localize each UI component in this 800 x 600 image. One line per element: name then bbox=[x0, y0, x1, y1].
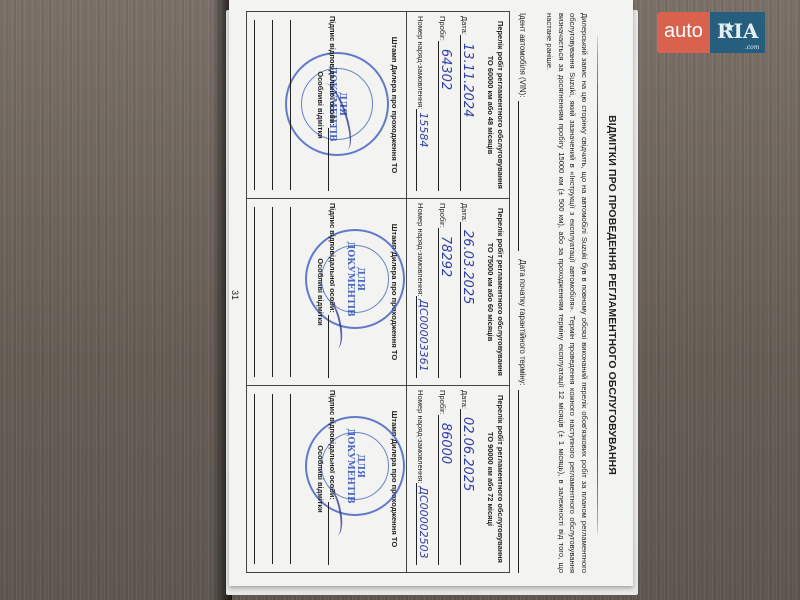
service-record-details: Перелік робіт регламентного обслуговуван… bbox=[406, 199, 509, 385]
service-record: Перелік робіт регламентного обслуговуван… bbox=[247, 12, 509, 199]
star-icon: ★ bbox=[724, 8, 735, 46]
service-mileage: 86000 bbox=[438, 423, 453, 464]
vin-label: Ідент автомобіля (VIN): bbox=[518, 13, 527, 97]
service-interval: ТО 60000 км або 48 місяців bbox=[485, 12, 495, 198]
notes-line bbox=[290, 20, 291, 190]
order-label: Номер наряд-замовлення: bbox=[416, 16, 425, 109]
signature-field: Підпис відповідальної особи: bbox=[328, 16, 337, 191]
stamp-text: ДЛЯ ДОКУМЕНТІВ bbox=[345, 418, 365, 514]
service-interval: ТО 75000 км або 60 місяців bbox=[485, 199, 495, 385]
mileage-label: Пробіг: bbox=[438, 203, 447, 228]
notes-label: Особливі відмітки bbox=[316, 199, 325, 385]
notes-line bbox=[254, 20, 255, 190]
service-record: Перелік робіт регламентного обслуговуван… bbox=[247, 199, 509, 386]
date-label: Дата: bbox=[460, 390, 469, 409]
order-field: Номер наряд-замовлення:ДС00003361 bbox=[416, 203, 429, 378]
service-record-details: Перелік робіт регламентного обслуговуван… bbox=[406, 12, 509, 198]
order-number: ДС00003361 bbox=[417, 299, 430, 371]
autoria-watermark-logo: auto ★RIA.com bbox=[657, 12, 765, 53]
service-mileage: 64302 bbox=[438, 49, 453, 90]
stamp-text: ДЛЯ ДОКУМЕНТІВ bbox=[345, 231, 365, 327]
signature-label: Підпис відповідальної особи: bbox=[328, 16, 337, 126]
title-underline bbox=[597, 35, 598, 535]
order-field: Номер наряд-замовлення:ДС00002503 bbox=[416, 390, 429, 565]
service-heading: Перелік робіт регламентного обслуговуван… bbox=[485, 12, 505, 198]
date-field: Дата:02.06.2025 bbox=[460, 390, 473, 565]
service-heading-line1: Перелік робіт регламентного обслуговуван… bbox=[495, 386, 505, 572]
notes-line bbox=[272, 394, 273, 564]
order-label: Номер наряд-замовлення: bbox=[416, 390, 425, 483]
service-date: 13.11.2024 bbox=[460, 43, 475, 117]
service-heading-line1: Перелік робіт регламентного обслуговуван… bbox=[495, 12, 505, 198]
notes-line bbox=[290, 394, 291, 564]
intro-paragraph: Дилерський запис на цю сторінку свідчить… bbox=[544, 13, 590, 573]
order-label: Номер наряд-замовлення: bbox=[416, 203, 425, 296]
notes-line bbox=[272, 20, 273, 190]
signature-field: Підпис відповідальної особи: bbox=[328, 390, 337, 565]
logo-suffix: .com bbox=[745, 44, 760, 52]
notes-line bbox=[254, 207, 255, 377]
notes-label: Особливі відмітки bbox=[316, 386, 325, 572]
vin-warranty-row: Ідент автомобіля (VIN): Дата початку гар… bbox=[518, 13, 528, 573]
service-records-table: Перелік робіт регламентного обслуговуван… bbox=[246, 11, 510, 573]
date-label: Дата: bbox=[460, 16, 469, 35]
rotated-page-content: ВІДМІТКИ ПРО ПРОВЕДЕННЯ РЕГЛАМЕНТНОГО ОБ… bbox=[228, 5, 632, 585]
notes-line bbox=[254, 394, 255, 564]
mileage-field: Пробіг:78292 bbox=[438, 203, 451, 378]
logo-ria-text: ★RIA.com bbox=[710, 12, 766, 53]
order-number: ДС00002503 bbox=[417, 486, 430, 558]
service-record-details: Перелік робіт регламентного обслуговуван… bbox=[406, 386, 509, 572]
service-date: 26.03.2025 bbox=[460, 230, 475, 304]
order-field: Номер наряд-замовлення:15584 bbox=[416, 16, 429, 191]
date-label: Дата: bbox=[460, 203, 469, 222]
mileage-label: Пробіг: bbox=[438, 16, 447, 41]
signature-label: Підпис відповідальної особи: bbox=[328, 203, 337, 313]
service-date: 02.06.2025 bbox=[460, 417, 475, 491]
service-interval: ТО 90000 км або 72 місяці bbox=[485, 386, 495, 572]
signature-field: Підпис відповідальної особи: bbox=[328, 203, 337, 378]
signature-label: Підпис відповідальної особи: bbox=[328, 390, 337, 500]
vin-field[interactable] bbox=[518, 101, 528, 251]
notes-line bbox=[272, 207, 273, 377]
page-number: 31 bbox=[230, 5, 240, 585]
mileage-field: Пробіг:64302 bbox=[438, 16, 451, 191]
service-heading: Перелік робіт регламентного обслуговуван… bbox=[485, 386, 505, 572]
page-title: ВІДМІТКИ ПРО ПРОВЕДЕННЯ РЕГЛАМЕНТНОГО ОБ… bbox=[606, 5, 618, 585]
service-record: Перелік робіт регламентного обслуговуван… bbox=[247, 386, 509, 572]
notes-line bbox=[290, 207, 291, 377]
mileage-field: Пробіг:86000 bbox=[438, 390, 451, 565]
warranty-label: Дата початку гарантійного терміну: bbox=[518, 259, 527, 385]
service-heading: Перелік робіт регламентного обслуговуван… bbox=[485, 199, 505, 385]
date-field: Дата:13.11.2024 bbox=[460, 16, 473, 191]
service-heading-line1: Перелік робіт регламентного обслуговуван… bbox=[495, 199, 505, 385]
order-number: 15584 bbox=[417, 112, 430, 147]
notes-label: Особливі відмітки bbox=[316, 12, 325, 198]
logo-auto-text: auto bbox=[657, 12, 710, 53]
warranty-date-field[interactable] bbox=[518, 390, 528, 573]
date-field: Дата:26.03.2025 bbox=[460, 203, 473, 378]
service-mileage: 78292 bbox=[438, 236, 453, 277]
dealer-stamp-label: Штамп Дилера про проходження ТО bbox=[390, 12, 399, 198]
mileage-label: Пробіг: bbox=[438, 390, 447, 415]
